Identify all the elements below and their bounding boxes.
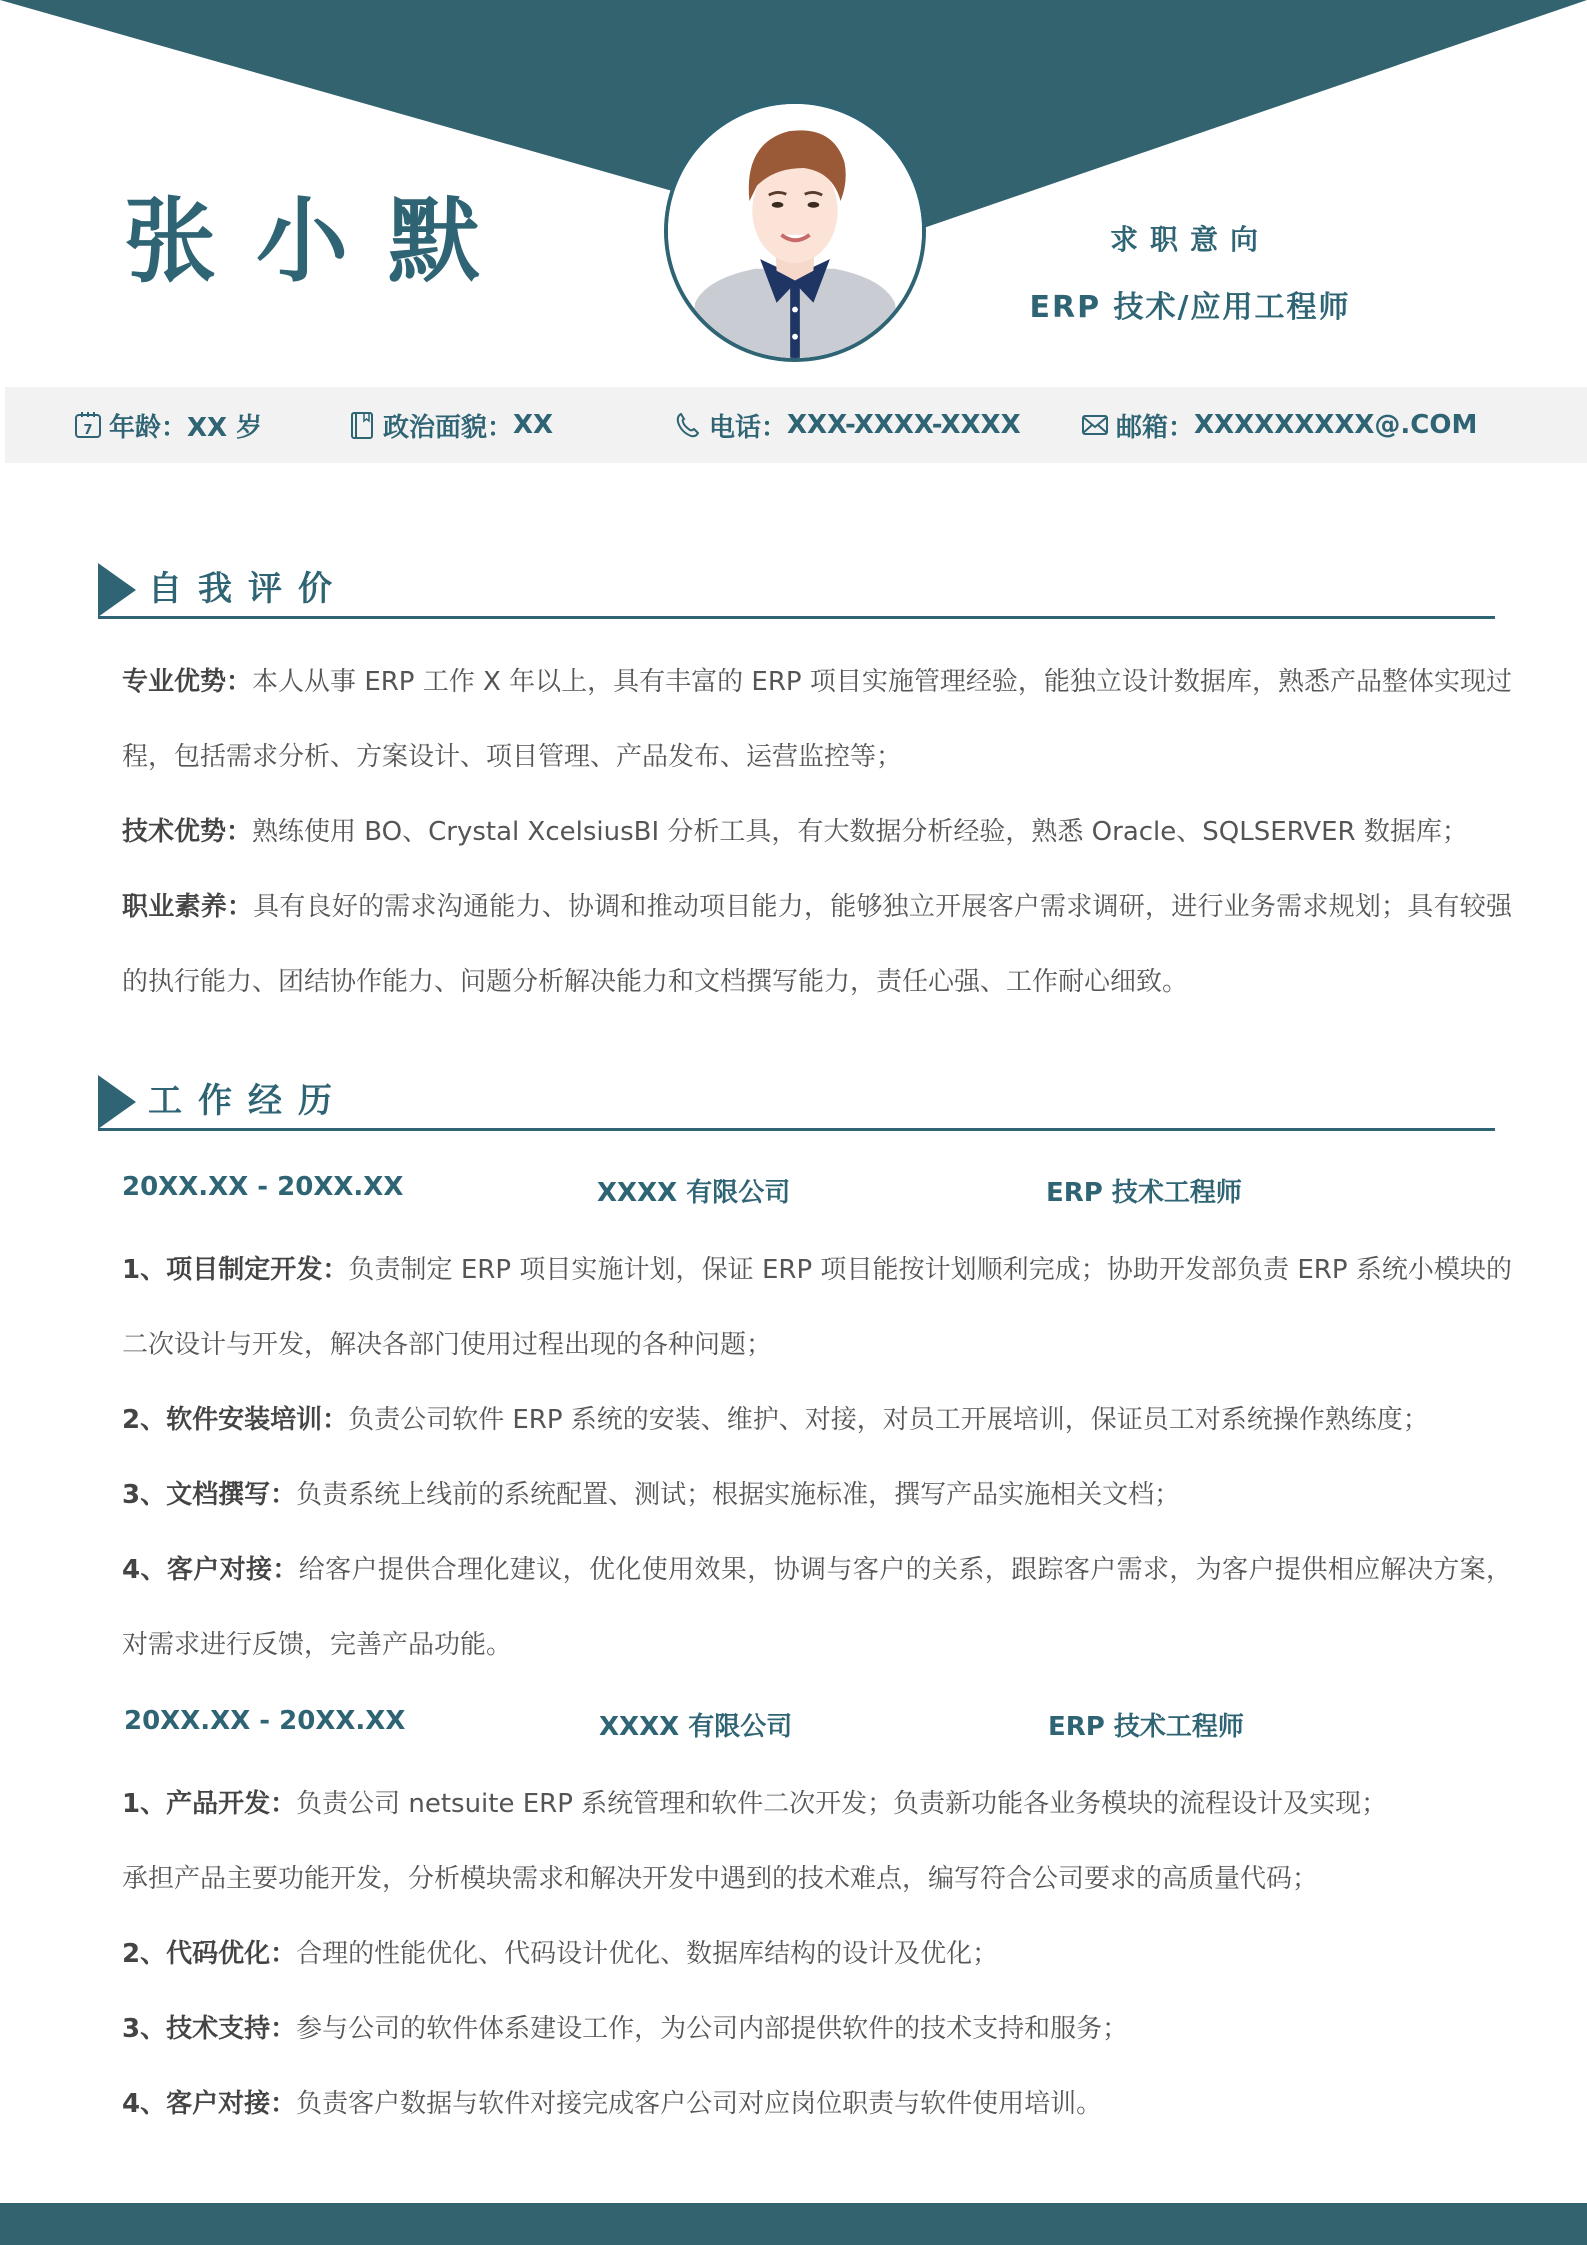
info-age-label: 年龄： — [109, 407, 187, 444]
item-text: 具有良好的需求沟通能力、协调和推动项目能力，能够独立开展客户需求调研，进行业务需… — [122, 892, 1512, 997]
section-divider — [98, 616, 1495, 619]
info-age-value: XX 岁 — [187, 407, 262, 444]
self-eval-technical: 技术优势：熟练使用 BO、Crystal XcelsiusBI 分析工具，有大数… — [122, 795, 1512, 870]
duty-text: 参与公司的软件体系建设工作，为公司内部提供软件的技术支持和服务； — [296, 2014, 1128, 2044]
duty-label: 3、文档撰写： — [122, 1480, 296, 1510]
item-text: 熟练使用 BO、Crystal XcelsiusBI 分析工具，有大数据分析经验… — [252, 817, 1468, 847]
footer-bar — [0, 2203, 1587, 2245]
job-duty: 2、代码优化：合理的性能优化、代码设计优化、数据库结构的设计及优化； — [122, 1917, 1512, 1992]
calendar-icon: 7 — [73, 410, 103, 440]
job-period: 20XX.XX - 20XX.XX — [124, 1706, 405, 1736]
item-text: 本人从事 ERP 工作 X 年以上，具有丰富的 ERP 项目实施管理经验，能独立… — [122, 667, 1512, 772]
duty-label: 1、项目制定开发： — [122, 1255, 348, 1285]
duty-text: 负责公司 netsuite ERP 系统管理和软件二次开发；负责新功能各业务模块… — [296, 1789, 1387, 1819]
info-phone-value: XXX-XXXX-XXXX — [787, 410, 1021, 440]
item-label: 职业素养： — [122, 892, 253, 922]
info-email-label: 邮箱： — [1116, 407, 1194, 444]
job-duty: 1、项目制定开发：负责制定 ERP 项目实施计划，保证 ERP 项目能按计划顺利… — [122, 1233, 1512, 1383]
job-intent-label: 求职意向 — [1000, 218, 1380, 258]
item-label: 技术优势： — [122, 817, 252, 847]
section-title: 自我评价 — [148, 567, 348, 611]
duty-label: 3、技术支持： — [122, 2014, 296, 2044]
duty-label: 4、客户对接： — [122, 2089, 296, 2119]
duty-label: 1、产品开发： — [122, 1789, 296, 1819]
contact-info-bar: 7 年龄： XX 岁 政治面貌： XX 电话： XXX-XXXX-XXXX 邮箱… — [5, 387, 1587, 463]
duty-text: 负责系统上线前的系统配置、测试；根据实施标准，撰写产品实施相关文档； — [296, 1480, 1180, 1510]
job-duty: 3、文档撰写：负责系统上线前的系统配置、测试；根据实施标准，撰写产品实施相关文档… — [122, 1458, 1512, 1533]
notebook-icon — [347, 410, 377, 440]
duty-text: 给客户提供合理化建议，优化使用效果，协调与客户的关系，跟踪客户需求，为客户提供相… — [122, 1555, 1512, 1660]
avatar-illustration — [668, 104, 922, 358]
job-period: 20XX.XX - 20XX.XX — [122, 1172, 403, 1202]
job-company: XXXX 有限公司 — [599, 1706, 792, 1743]
info-email: 邮箱： XXXXXXXXX@.COM — [1080, 387, 1477, 463]
job-position: ERP 技术工程师 — [1046, 1172, 1242, 1209]
job-duty: 4、客户对接：负责客户数据与软件对接完成客户公司对应岗位职责与软件使用培训。 — [122, 2067, 1512, 2142]
duty-text: 负责客户数据与软件对接完成客户公司对应岗位职责与软件使用培训。 — [296, 2089, 1102, 2119]
info-phone: 电话： XXX-XXXX-XXXX — [673, 387, 1021, 463]
svg-text:7: 7 — [83, 423, 92, 438]
job-position: ERP 技术工程师 — [1048, 1706, 1244, 1743]
section-header-self-evaluation: 自我评价 — [98, 563, 1495, 619]
info-phone-label: 电话： — [709, 407, 787, 444]
mail-icon — [1080, 410, 1110, 440]
section-triangle-icon — [98, 1075, 136, 1129]
section-title: 工作经历 — [148, 1079, 348, 1123]
duty-text: 合理的性能优化、代码设计优化、数据库结构的设计及优化； — [296, 1939, 998, 1969]
duty-text: 负责公司软件 ERP 系统的安装、维护、对接，对员工开展培训，保证员工对系统操作… — [348, 1405, 1429, 1435]
job-duty: 4、客户对接：给客户提供合理化建议，优化使用效果，协调与客户的关系，跟踪客户需求… — [122, 1533, 1512, 1683]
duty-label: 2、软件安装培训： — [122, 1405, 348, 1435]
info-political-label: 政治面貌： — [383, 407, 513, 444]
item-label: 专业优势： — [122, 667, 252, 697]
self-eval-professionalism: 职业素养：具有良好的需求沟通能力、协调和推动项目能力，能够独立开展客户需求调研，… — [122, 870, 1512, 1020]
avatar — [664, 100, 926, 362]
duty-text: 承担产品主要功能开发，分析模块需求和解决开发中遇到的技术难点，编写符合公司要求的… — [122, 1864, 1318, 1894]
job-duty: 1、产品开发：负责公司 netsuite ERP 系统管理和软件二次开发；负责新… — [122, 1767, 1512, 1842]
info-email-value: XXXXXXXXX@.COM — [1194, 410, 1477, 440]
self-eval-professional: 专业优势：本人从事 ERP 工作 X 年以上，具有丰富的 ERP 项目实施管理经… — [122, 645, 1512, 795]
duty-label: 2、代码优化： — [122, 1939, 296, 1969]
duty-label: 4、客户对接： — [122, 1555, 299, 1585]
job-header: 20XX.XX - 20XX.XX XXXX 有限公司 ERP 技术工程师 — [122, 1706, 1422, 1746]
info-age: 7 年龄： XX 岁 — [73, 387, 262, 463]
section-triangle-icon — [98, 563, 136, 617]
job-header: 20XX.XX - 20XX.XX XXXX 有限公司 ERP 技术工程师 — [122, 1172, 1422, 1212]
job-duty: 3、技术支持：参与公司的软件体系建设工作，为公司内部提供软件的技术支持和服务； — [122, 1992, 1512, 2067]
job-company: XXXX 有限公司 — [597, 1172, 790, 1209]
phone-icon — [673, 410, 703, 440]
section-divider — [98, 1128, 1495, 1131]
candidate-name: 张小默 — [124, 196, 520, 288]
info-political-status: 政治面貌： XX — [347, 387, 553, 463]
job-duty: 2、软件安装培训：负责公司软件 ERP 系统的安装、维护、对接，对员工开展培训，… — [122, 1383, 1512, 1458]
section-header-work-experience: 工作经历 — [98, 1075, 1495, 1131]
info-political-value: XX — [513, 410, 553, 440]
job-duty: 承担产品主要功能开发，分析模块需求和解决开发中遇到的技术难点，编写符合公司要求的… — [122, 1842, 1512, 1917]
job-intent-value: ERP 技术/应用工程师 — [1000, 282, 1380, 326]
